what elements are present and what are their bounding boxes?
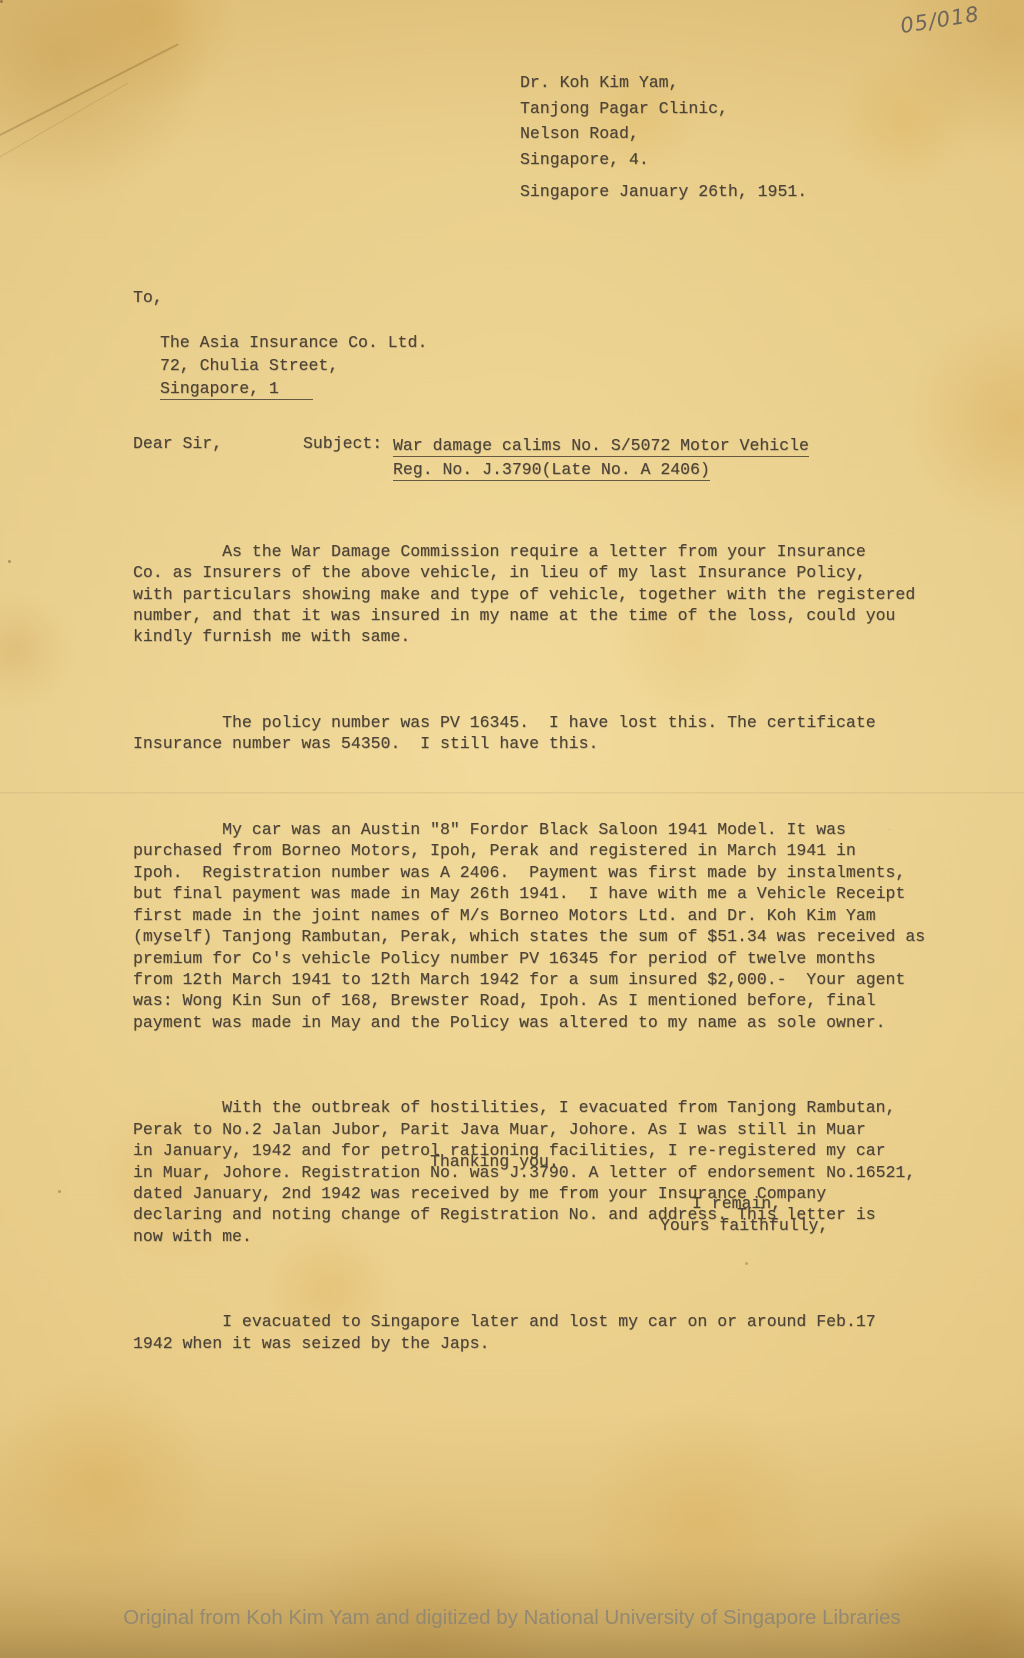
- closing-yours-faithfully: Yours faithfully,: [660, 1215, 828, 1237]
- corner-fold-crease-2: [0, 83, 128, 159]
- to-label: To,: [133, 288, 163, 307]
- letter-paragraph-2: The policy number was PV 16345. I have l…: [133, 712, 933, 755]
- letter-paragraph-3: My car was an Austin "8" Fordor Black Sa…: [133, 819, 933, 1033]
- subject-block: War damage calims No. S/5072 Motor Vehic…: [393, 434, 809, 482]
- subject-line-1: War damage calims No. S/5072 Motor Vehic…: [393, 436, 809, 457]
- digitization-credit: Original from Koh Kim Yam and digitized …: [0, 1606, 1024, 1630]
- subject-label: Subject:: [303, 434, 382, 453]
- closing-i-remain: I remain,: [692, 1193, 828, 1215]
- closing-block: I remain, Yours faithfully,: [660, 1193, 828, 1237]
- sender-address: Dr. Koh Kim Yam, Tanjong Pagar Clinic, N…: [520, 70, 728, 172]
- recipient-address: The Asia Insurance Co. Ltd. 72, Chulia S…: [160, 331, 427, 400]
- paper-specks: [0, 0, 3, 3]
- subject-line-2: Reg. No. J.3790(Late No. A 2406): [393, 460, 710, 481]
- recipient-street: 72, Chulia Street,: [160, 354, 427, 377]
- sender-city: Singapore, 4.: [520, 147, 728, 173]
- sender-street: Nelson Road,: [520, 121, 728, 147]
- sender-name: Dr. Koh Kim Yam,: [520, 70, 728, 96]
- letter-paragraph-5: I evacuated to Singapore later and lost …: [133, 1311, 933, 1354]
- recipient-name: The Asia Insurance Co. Ltd.: [160, 331, 427, 354]
- letter-paragraph-1: As the War Damage Commission require a l…: [133, 541, 933, 648]
- thanking-line: Thanking you.: [430, 1152, 559, 1171]
- salutation: Dear Sir,: [133, 434, 222, 453]
- letter-page: 05/018 Dr. Koh Kim Yam, Tanjong Pagar Cl…: [0, 0, 1024, 1658]
- date-line: Singapore January 26th, 1951.: [520, 182, 807, 201]
- archive-annotation: 05/018: [899, 2, 982, 38]
- letter-body: As the War Damage Commission require a l…: [133, 498, 933, 1418]
- bottom-edge-shadow: [0, 1548, 1024, 1658]
- corner-fold-crease: [0, 43, 179, 142]
- sender-clinic: Tanjong Pagar Clinic,: [520, 96, 728, 122]
- recipient-city: Singapore, 1: [160, 379, 313, 400]
